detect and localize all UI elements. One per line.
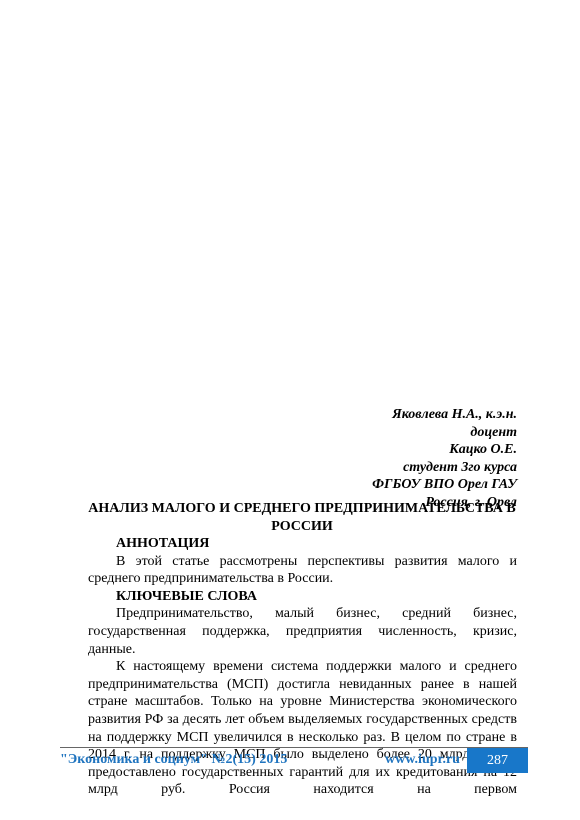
- footer-website-link[interactable]: www.iupr.ru: [385, 752, 460, 768]
- footer-journal-name: "Экономика и социум" №2(15) 2015: [60, 752, 287, 768]
- author-position-2: студент 3го курса: [372, 459, 517, 477]
- body-paragraph: К настоящему времени система поддержки м…: [88, 658, 517, 799]
- article-title: АНАЛИЗ МАЛОГО И СРЕДНЕГО ПРЕДПРИНИМАТЕЛЬ…: [60, 500, 544, 535]
- annotation-text: В этой статье рассмотрены перспективы ра…: [88, 553, 517, 588]
- footer-divider: [60, 747, 528, 748]
- annotation-heading: АННОТАЦИЯ: [88, 535, 517, 553]
- author-name-2: Кацко О.Е.: [372, 441, 517, 459]
- author-name-1: Яковлева Н.А., к.э.н.: [372, 406, 517, 424]
- article-title-line-2: РОССИИ: [60, 518, 544, 536]
- author-block: Яковлева Н.А., к.э.н. доцент Кацко О.Е. …: [372, 406, 517, 512]
- keywords-heading: КЛЮЧЕВЫЕ СЛОВА: [88, 588, 517, 606]
- article-title-line-1: АНАЛИЗ МАЛОГО И СРЕДНЕГО ПРЕДПРИНИМАТЕЛЬ…: [60, 500, 544, 518]
- author-position-1: доцент: [372, 424, 517, 442]
- page-number-badge: 287: [467, 748, 528, 773]
- author-affiliation: ФГБОУ ВПО Орел ГАУ: [372, 476, 517, 494]
- keywords-text: Предпринимательство, малый бизнес, средн…: [88, 605, 517, 658]
